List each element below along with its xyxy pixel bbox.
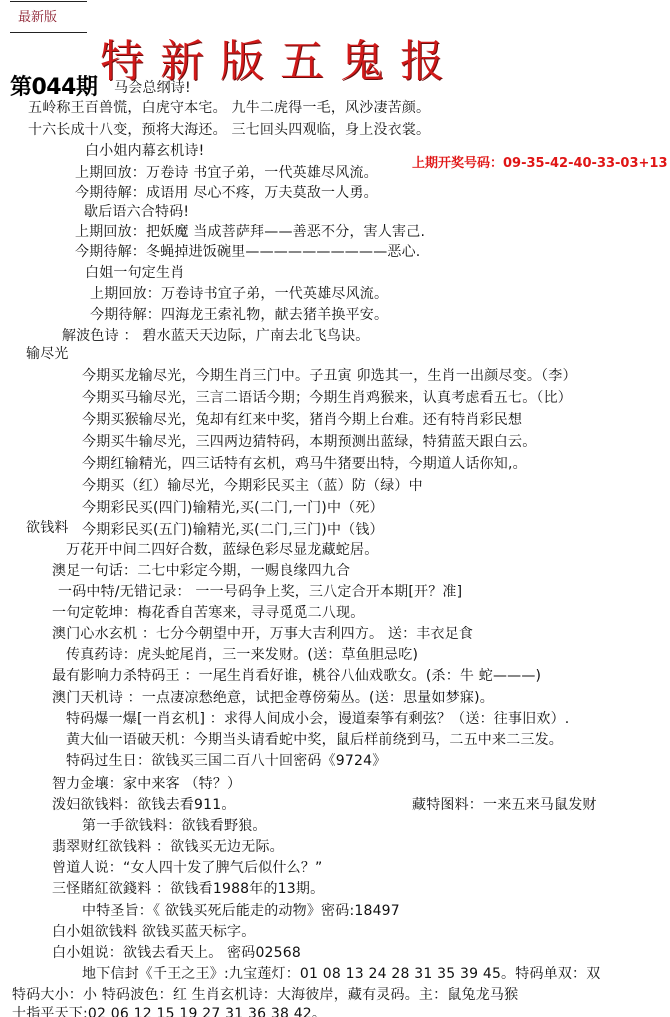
clue-line: 翡翠财红欲钱料 ：欲钱买无边无际。 <box>52 839 284 855</box>
list-item: 今期彩民买(五门)输精光,买(二门,三门)中（钱） <box>82 522 384 538</box>
previous-answer: 上期回放：把妖魔 当成菩萨拜——善恶不分，害人害己. <box>75 224 425 240</box>
section-heading: 白姐一句定生肖 <box>85 265 184 281</box>
previous-answer: 上期回放：万卷诗 书宜子弟，一代英雄尽风流。 <box>75 165 378 181</box>
list-item: 今期买龙输尽光，今期生肖三门中。子丑寅 卯选其一，生肖一出颜尽变。（李） <box>82 368 577 384</box>
clue-line: 三怪賭紅欲錢料 ：欲钱看1988年的13期。 <box>52 881 324 897</box>
clue-line: 特码过生日：欲钱买三国二百八十回密码《9724》 <box>66 753 386 769</box>
clue-line: 曾道人说：“女人四十发了脾气后似什么？” <box>52 860 323 876</box>
clue-line: 一句定乾坤：梅花香自苦寒来，寻寻觅觅二八现。 <box>52 605 364 621</box>
clue-line: 白小姐说：欲钱去看天上。 密码02568 <box>52 945 301 961</box>
clue-line: 地下信封《千王之王》:九宝莲灯：01 08 13 24 28 31 35 39 … <box>82 966 600 982</box>
edition-badge: 最新版 <box>18 6 57 25</box>
wave-color-poem: 解波色诗 ： 碧水蓝天天边际，广南去北飞鸟诀。 <box>62 328 370 344</box>
clue-line: 一码中特/无错记录： 一一号码争上奖，三八定合开本期[开？准] <box>58 584 462 600</box>
current-riddle: 今期待解：成语用 尽心不疼，万夫莫敌一人勇。 <box>75 185 378 201</box>
clue-line: 特码爆一爆[一肖玄机] ：求得人间成小会，谩道秦筝有剩弦？（送：往事旧欢）. <box>66 711 569 727</box>
clue-line: 藏特图料：一来五来马鼠发财 <box>412 797 597 813</box>
clue-line: 澳门天机诗 ：一点凄凉愁绝意，试把金尊傍菊丛。(送：思量如梦寐)。 <box>52 690 494 706</box>
poem-line: 十六长成十八变，预将大海还。 三七回头四观临，身上没衣裳。 <box>28 122 430 138</box>
subtitle: 马会总纲诗! <box>114 80 191 96</box>
clue-line: 白小姐欲钱料 欲钱买蓝天标字。 <box>52 924 255 940</box>
section-heading: 歇后语六合特码! <box>84 204 189 220</box>
last-draw-numbers: 上期开奖号码：09-35-42-40-33-03+13 <box>412 152 668 171</box>
issue-number: 第044期 <box>10 70 97 101</box>
clue-line: 澳足一句话：二七中彩定今期，一赐良缘四九合 <box>52 563 350 579</box>
section-heading: 输尽光 <box>26 346 69 362</box>
list-item: 今期红输精光，四三话特有玄机，鸡马牛猪要出特，今期道人话你知,。 <box>82 456 527 472</box>
clue-line: 万花开中间二四好合数，蓝绿色彩尽显龙藏蛇居。 <box>66 542 378 558</box>
clue-line: 第一手欲钱料：欲钱看野狼。 <box>82 818 267 834</box>
current-riddle: 今期待解：冬蝇掉进饭碗里——————————恶心. <box>75 244 420 260</box>
clue-line: 泼妇欲钱料：欲钱去看911。 <box>52 797 236 813</box>
clue-line: 特码大小：小 特码波色：红 生肖玄机诗：大海彼岸，藏有灵码。主：鼠兔龙马猴 <box>12 987 518 1003</box>
list-item: 今期彩民买(四门)输精光,买(二门,一门)中（死） <box>82 500 384 516</box>
clue-line: 十指平天下:02 06 12 15 19 27 31 36 38 42。 <box>12 1006 326 1017</box>
poem-line: 五岭称王百兽慌，白虎守本宅。 九牛二虎得一毛，风沙凄苦颜。 <box>28 100 430 116</box>
clue-line: 最有影响力杀特码王 ：一尾生肖看好谁，桃谷八仙戏歌女。(杀：牛 蛇———) <box>52 668 541 684</box>
list-item: 今期买马输尽光，三言二语话今期；今期生肖鸡猴来，认真考虑看五七。（比） <box>82 390 572 406</box>
badge-rule <box>10 32 87 33</box>
previous-answer: 上期回放：万卷诗书宜子弟，一代英雄尽风流。 <box>90 286 388 302</box>
clue-line: 黄大仙一语破天机：今期当头请看蛇中奖，鼠后样前绕到马，二五中来二三发。 <box>66 732 563 748</box>
clue-line: 智力金壤：家中来客 （特？） <box>52 776 241 792</box>
list-item: 今期买牛输尽光，三四两边猜特码，本期预测出蓝绿，特猜蓝天跟白云。 <box>82 434 536 450</box>
list-item: 今期买（红）输尽光，今期彩民买主（蓝）防（绿）中 <box>82 478 423 494</box>
clue-line: 传真药诗：虎头蛇尾肖，三一来发财。(送：草鱼胆忌吃) <box>66 647 418 663</box>
top-rule <box>10 1 87 2</box>
section-heading: 白小姐内幕玄机诗! <box>85 143 204 159</box>
current-riddle: 今期待解：四海龙王索礼物，献去猪羊换平安。 <box>90 307 388 323</box>
clue-line: 中特圣旨：《 欲钱买死后能走的动物》密码:18497 <box>82 903 400 919</box>
clue-line: 澳门心水玄机 ：七分今朝望中开，万事大吉利四方。 送：丰衣足食 <box>52 626 473 642</box>
list-item: 今期买猴输尽光，兔却有红来中奖，猪肖今期上台难。还有特肖彩民想 <box>82 412 522 428</box>
section-heading: 欲钱料 <box>26 520 69 536</box>
